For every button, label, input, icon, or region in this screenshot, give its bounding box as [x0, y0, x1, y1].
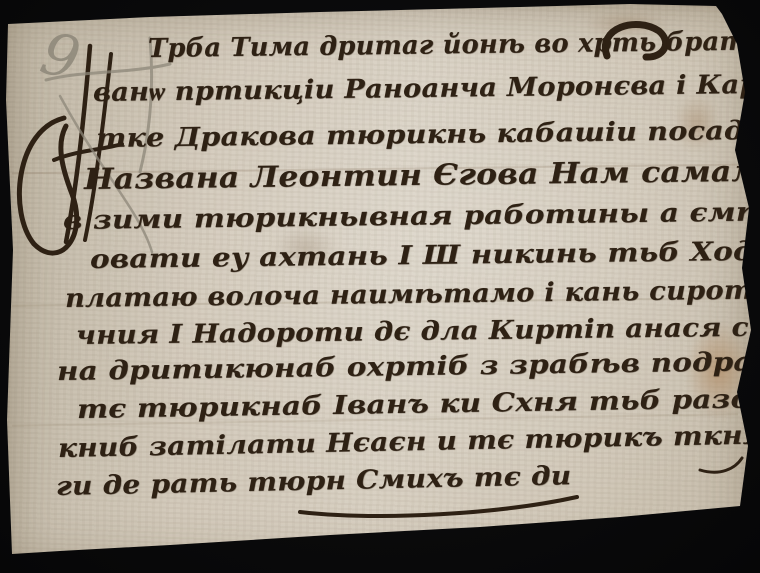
photograph-background: 9 Трба Тима дритаг йонѣ во хрть братьєвѣ… [0, 0, 760, 573]
last-line-swash [300, 497, 577, 516]
line-end-tail [700, 458, 742, 472]
manuscript-sheet: 9 Трба Тима дритаг йонѣ во хрть братьєвѣ… [0, 0, 760, 573]
